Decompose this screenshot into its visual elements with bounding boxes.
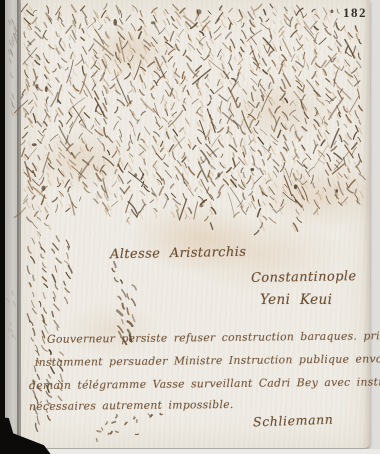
body-line: nécessaires autrement impossible. [29,398,234,413]
address-recipient: Altesse Aristarchis [110,245,247,262]
signature: Schliemann [253,412,334,430]
page-number: 182 [343,5,367,21]
address-city: Constantinople [251,269,357,286]
page-bottom-edge [0,449,380,454]
scanned-letter-page: 182 Altesse Aristarchis Constantinople Y… [0,0,380,454]
address-district: Yeni Keui [260,292,332,308]
